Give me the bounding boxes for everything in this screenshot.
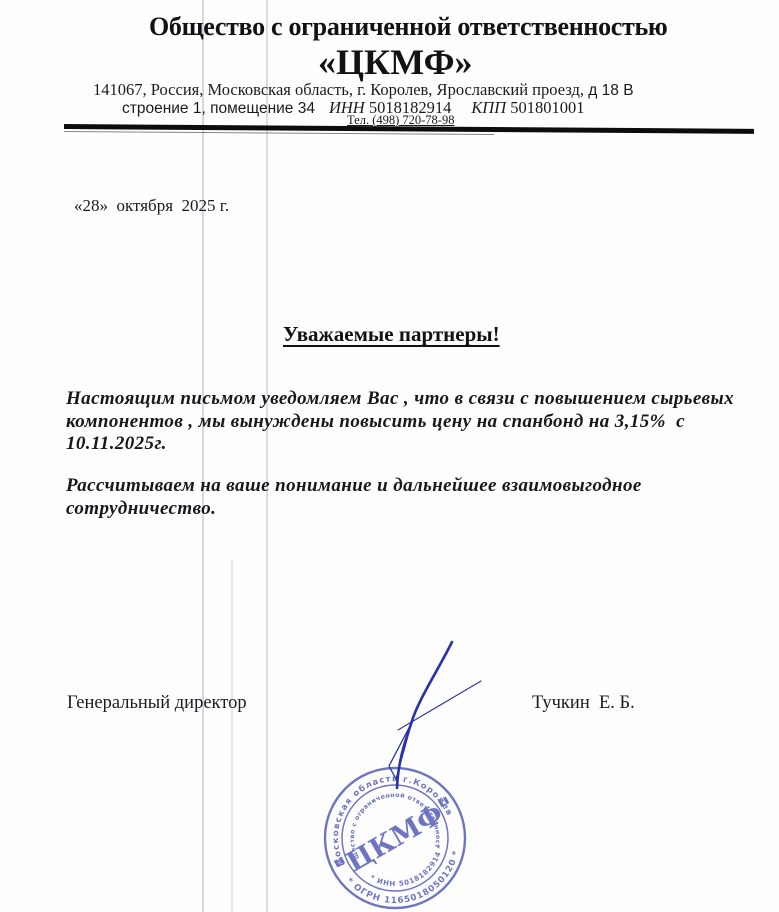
pen-stroke-main bbox=[397, 642, 452, 788]
address-building: строение 1, помещение 34 bbox=[122, 100, 315, 117]
org-type-title: Общество с ограниченной ответственностью bbox=[149, 12, 668, 42]
org-name: «ЦКМФ» bbox=[318, 41, 473, 83]
scan-artifact-line bbox=[266, 0, 268, 912]
body-paragraph-2: Рассчитываем на ваше понимание и дальней… bbox=[66, 475, 642, 520]
scan-artifact-line bbox=[231, 560, 233, 912]
kpp-value: 501801001 bbox=[506, 98, 584, 117]
address-line-1: 141067, Россия, Московская область, г. К… bbox=[93, 80, 634, 100]
signer-name: Тучкин Е. Б. bbox=[532, 693, 635, 714]
letter-page: Общество с ограниченной ответственностью… bbox=[0, 0, 779, 912]
date-line: «28» октября 2025 г. bbox=[74, 196, 229, 216]
handwritten-signature bbox=[330, 628, 490, 793]
address-serif-part: 141067, Россия, Московская область, г. К… bbox=[93, 80, 584, 99]
letterhead-rule-thin bbox=[64, 131, 494, 135]
body-paragraph-1: Настоящим письмом уведомляем Вас , что в… bbox=[66, 388, 734, 456]
pen-stroke-flourish bbox=[398, 681, 481, 730]
signature-strokes bbox=[389, 642, 481, 788]
position-title: Генеральный директор bbox=[67, 693, 247, 714]
salutation: Уважаемые партнеры! bbox=[283, 322, 500, 347]
kpp-label: КПП bbox=[471, 98, 506, 117]
scan-artifact-line bbox=[202, 0, 204, 912]
address-sans-part: д 18 В bbox=[584, 82, 634, 99]
